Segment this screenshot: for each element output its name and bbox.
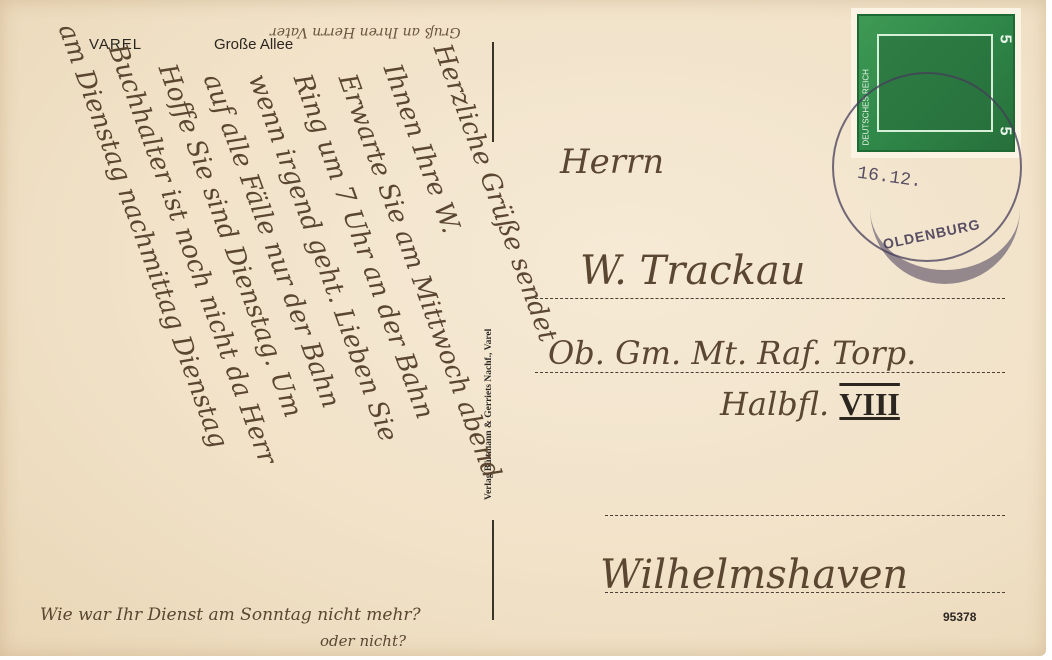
serial-number: 95378 [943, 610, 976, 624]
address-division-number: VIII [839, 386, 899, 422]
address-division: Halbfl. VIII [720, 385, 900, 423]
address-name: W. Trackau [580, 248, 805, 294]
address-line-4 [605, 592, 1005, 593]
postcard-back: VAREL Große Allee Verlag Bültmann & Gerr… [0, 0, 1046, 656]
divider-line-bottom [492, 520, 494, 620]
address-line-2 [535, 372, 1005, 373]
message-bottom-line-2: oder nicht? [320, 632, 406, 650]
divider-line-top [492, 42, 494, 142]
address-rank: Ob. Gm. Mt. Raf. Torp. [548, 334, 916, 372]
stamp-value-top: 5 [996, 35, 1014, 44]
address-salutation: Herrn [560, 142, 664, 182]
address-division-prefix: Halbfl. [720, 385, 829, 423]
message-upside-down-line: Gruß an Ihren Herrn Vater [270, 24, 461, 40]
address-line-3 [605, 515, 1005, 516]
address-line-1 [535, 298, 1005, 299]
message-bottom-line: Wie war Ihr Dienst am Sonntag nicht mehr… [40, 605, 421, 625]
